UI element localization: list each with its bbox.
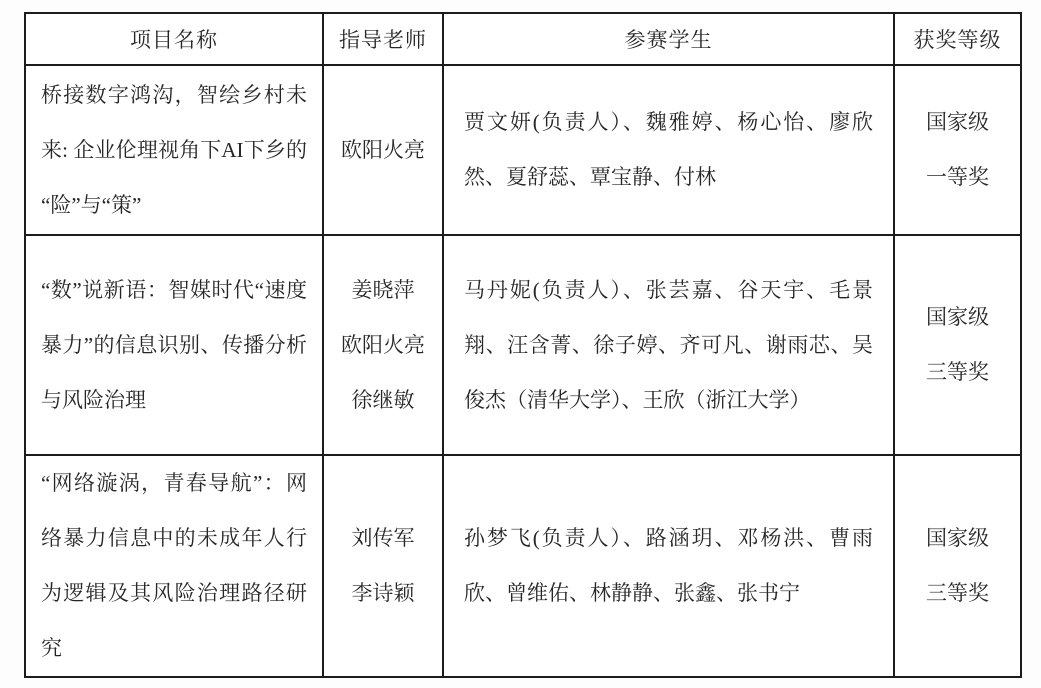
table-row: 桥接数字鸿沟，智绘乡村未来: 企业伦理视角下AI下乡的“险”与“策” 欧阳火亮 …: [25, 65, 1021, 235]
table-header-row: 项目名称 指导老师 参赛学生 获奖等级: [25, 13, 1021, 65]
table-row: “数”说新语：智媒时代“速度暴力”的信息识别、传播分析与风险治理 姜晓萍 欧阳火…: [25, 235, 1021, 455]
advisor-cell: 刘传军 李诗颖: [323, 455, 443, 677]
document-page: 项目名称 指导老师 参赛学生 获奖等级 桥接数字鸿沟，智绘乡村未来: 企业伦理视…: [0, 0, 1041, 688]
awards-table: 项目名称 指导老师 参赛学生 获奖等级 桥接数字鸿沟，智绘乡村未来: 企业伦理视…: [24, 12, 1022, 678]
students-cell: 马丹妮(负责人）、张芸嘉、谷天宇、毛景翔、汪含菁、徐子婷、齐可凡、谢雨芯、吴俊杰…: [443, 235, 894, 455]
header-advisor: 指导老师: [323, 13, 443, 65]
table-row: “网络漩涡，青春导航”：网络暴力信息中的未成年人行为逻辑及其风险治理路径研究 刘…: [25, 455, 1021, 677]
award-level-cell: 国家级 三等奖: [894, 455, 1021, 677]
students-cell: 孙梦飞(负责人）、路涵玥、邓杨洪、曹雨欣、曾维佑、林静静、张鑫、张书宁: [443, 455, 894, 677]
project-name-cell: 桥接数字鸿沟，智绘乡村未来: 企业伦理视角下AI下乡的“险”与“策”: [25, 65, 323, 235]
header-award-level: 获奖等级: [894, 13, 1021, 65]
project-name-cell: “数”说新语：智媒时代“速度暴力”的信息识别、传播分析与风险治理: [25, 235, 323, 455]
award-level-cell: 国家级 三等奖: [894, 235, 1021, 455]
advisor-cell: 欧阳火亮: [323, 65, 443, 235]
header-students: 参赛学生: [443, 13, 894, 65]
students-cell: 贾文妍(负责人）、魏雅婷、杨心怡、廖欣然、夏舒蕊、覃宝静、付林: [443, 65, 894, 235]
project-name-cell: “网络漩涡，青春导航”：网络暴力信息中的未成年人行为逻辑及其风险治理路径研究: [25, 455, 323, 677]
header-project-name: 项目名称: [25, 13, 323, 65]
award-level-cell: 国家级 一等奖: [894, 65, 1021, 235]
advisor-cell: 姜晓萍 欧阳火亮 徐继敏: [323, 235, 443, 455]
